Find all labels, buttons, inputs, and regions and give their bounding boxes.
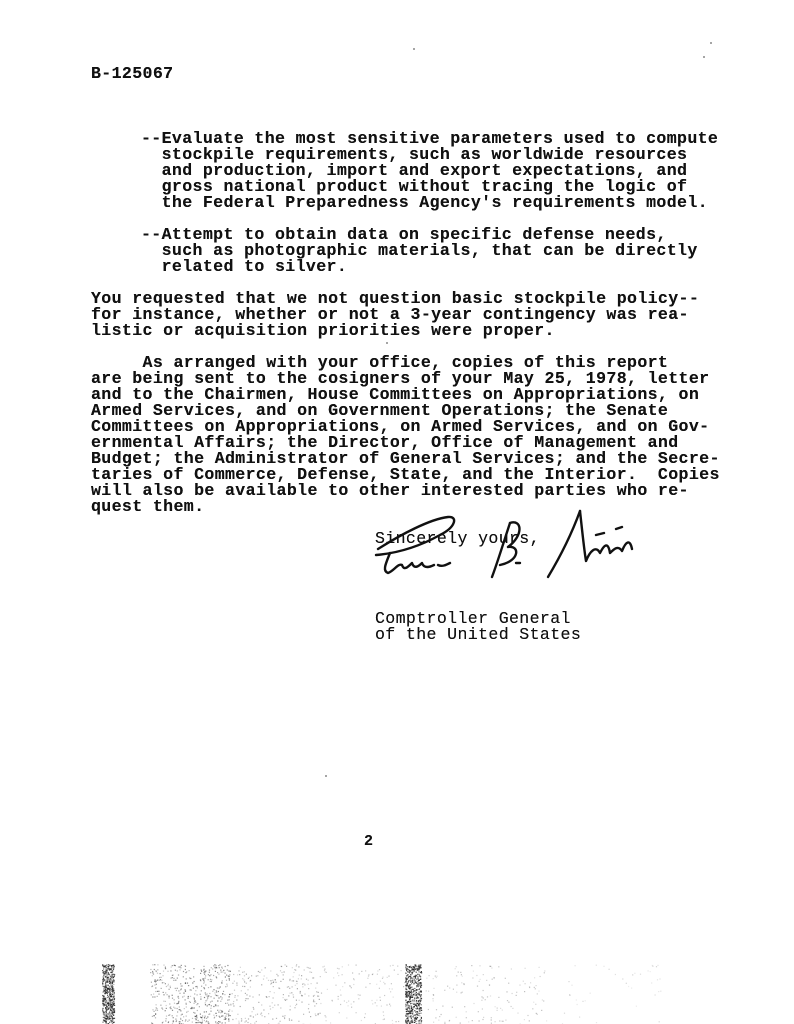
paragraph-line: quest them. (91, 499, 204, 515)
paragraph-line: listic or acquisition priorities were pr… (91, 323, 555, 339)
scan-speck (710, 42, 712, 44)
title-line: of the United States (375, 627, 581, 643)
bullet-line: the Federal Preparedness Agency's requir… (141, 195, 708, 211)
scan-noise-band (0, 960, 794, 1024)
scan-speck (413, 48, 415, 50)
page-number: 2 (364, 834, 373, 850)
scan-speck (325, 775, 327, 777)
bullet-line: related to silver. (141, 259, 347, 275)
scan-speck (386, 342, 388, 344)
file-number: B-125067 (91, 66, 173, 82)
handwritten-signature (360, 505, 660, 585)
scan-speck (703, 56, 705, 58)
